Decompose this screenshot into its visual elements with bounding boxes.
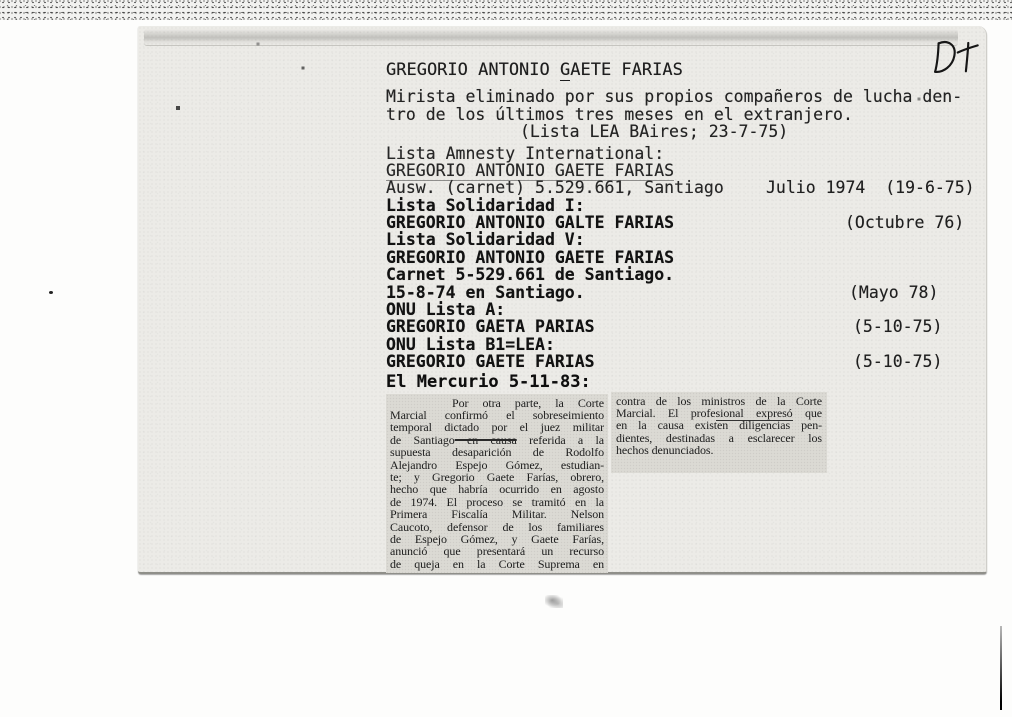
- newspaper-clipping: Por otra parte, la CorteMarcial confirmó…: [386, 394, 978, 574]
- clipping-line: de queja en la Corte Suprema en: [390, 558, 604, 570]
- typed-text-block: GREGORIO ANTONIO GAETE FARIAS Mirista el…: [386, 58, 978, 573]
- clipping-line: hecho que habría ocurrido en agosto: [390, 483, 604, 495]
- clipping-line: supuesta desaparición de Rodolfo: [390, 446, 604, 458]
- clipping-column-1: Por otra parte, la CorteMarcial confirmó…: [386, 394, 608, 574]
- clipping-column-2: contra de los ministros de la CorteMarci…: [611, 392, 827, 473]
- entry-text: GREGORIO GAETA PARIAS: [386, 317, 595, 336]
- entry-row: Carnet 5-529.661 de Santiago.: [386, 266, 978, 283]
- entry-date-annotation: Julio 1974 (19-6-75): [766, 179, 975, 196]
- intro-source: (Lista LEA BAires; 23-7-75): [386, 123, 978, 141]
- entry-text: Lista Solidaridad V:: [386, 230, 585, 249]
- paper-fold-shadow: [144, 29, 958, 46]
- entry-date-annotation: (Mayo 78): [849, 284, 938, 301]
- entry-date-annotation: (5-10-75): [853, 318, 942, 335]
- dust-specks: [138, 26, 140, 28]
- smudge-mark: [545, 595, 563, 608]
- entry-text: Carnet 5-529.661 de Santiago.: [386, 265, 674, 284]
- intro-line: Mirista eliminado por sus propios compañ…: [386, 88, 978, 106]
- entry-text: ONU Lista A:: [386, 300, 505, 319]
- document-paper: GREGORIO ANTONIO GAETE FARIAS Mirista el…: [138, 26, 987, 574]
- mercurio-heading: El Mercurio 5-11-83:: [386, 372, 978, 392]
- entry-text: 15-8-74 en Santiago.: [386, 283, 585, 302]
- entry-row: GREGORIO ANTONIO GAETE FARIAS: [386, 249, 978, 266]
- clipping-line: hechos denunciados.: [616, 444, 822, 456]
- entry-text: Lista Amnesty International:: [386, 144, 664, 163]
- entry-row: Lista Amnesty International:: [386, 145, 978, 162]
- entry-date-annotation: (Octubre 76): [845, 214, 964, 231]
- entry-row: ONU Lista B1=LEA:: [386, 336, 978, 353]
- clipping-line: en la causa existen diligencias pen-: [616, 419, 822, 431]
- list-entries: Lista Amnesty International:GREGORIO ANT…: [386, 145, 978, 371]
- entry-row: GREGORIO ANTONIO GAETE FARIAS: [386, 162, 978, 179]
- entry-text: GREGORIO ANTONIO GAETE FARIAS: [386, 248, 674, 267]
- title-text: GREGORIO ANTONIO: [386, 60, 560, 80]
- entry-row: Lista Solidaridad V:: [386, 231, 978, 248]
- handwritten-d-plus-glyph: [933, 39, 980, 74]
- entry-text: Ausw. (carnet) 5.529.661, Santiago: [386, 178, 724, 197]
- entry-row: Ausw. (carnet) 5.529.661, SantiagoJulio …: [386, 179, 978, 196]
- title-text: AETE FARIAS: [570, 60, 683, 80]
- handwritten-mark: [926, 32, 986, 83]
- entry-row: Lista Solidaridad I:: [386, 197, 978, 214]
- entry-text: GREGORIO GAETE FARIAS: [386, 352, 595, 371]
- intro-line: tro de los últimos tres meses en el extr…: [386, 106, 978, 124]
- entry-row: GREGORIO ANTONIO GALTE FARIAS(Octubre 76…: [386, 214, 978, 231]
- entry-row: ONU Lista A:: [386, 301, 978, 318]
- entry-row: GREGORIO GAETA PARIAS(5-10-75): [386, 318, 978, 335]
- clipping-line: Primera Fiscalía Militar. Nelson: [390, 508, 604, 520]
- entry-text: GREGORIO ANTONIO GALTE FARIAS: [386, 213, 674, 232]
- entry-text: ONU Lista B1=LEA:: [386, 335, 555, 354]
- scan-artifact-line: [1000, 626, 1002, 710]
- ink-dot: [49, 291, 53, 294]
- document-title: GREGORIO ANTONIO GAETE FARIAS: [386, 58, 978, 82]
- scanner-edge-noise: [0, 0, 1012, 20]
- clipping-line: anunció que presentará un recurso: [390, 545, 604, 557]
- intro-paragraph: Mirista eliminado por sus propios compañ…: [386, 88, 978, 141]
- entry-row: GREGORIO GAETE FARIAS(5-10-75): [386, 353, 978, 370]
- entry-row: 15-8-74 en Santiago.(Mayo 78): [386, 284, 978, 301]
- title-underlined-letter: G: [560, 60, 570, 81]
- scan-page: GREGORIO ANTONIO GAETE FARIAS Mirista el…: [0, 0, 1012, 717]
- entry-text: Lista Solidaridad I:: [386, 196, 585, 215]
- entry-date-annotation: (5-10-75): [853, 353, 942, 370]
